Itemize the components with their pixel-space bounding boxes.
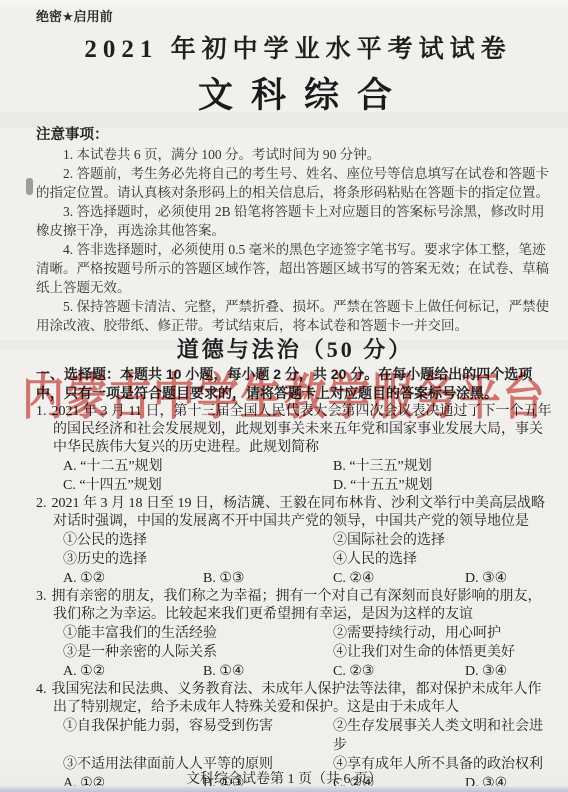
- question-1-text: 2021 年 3 月 11 日，第十三届全国人民代表大会第四次会议表决通过了下一…: [52, 404, 552, 455]
- sub-option-4-2: ②生存发展事关人类文明和社会进步: [333, 717, 554, 755]
- subject-title: 文科综合: [36, 76, 554, 116]
- sub-option-4-1: ①自我保护能力弱，容易受到伤害: [63, 717, 333, 755]
- choice-1c: C. “十四五”规划: [63, 476, 333, 495]
- choice-3b: B. ①④: [203, 662, 333, 681]
- sub-option-2-2: ②国际社会的选择: [333, 531, 554, 550]
- question-3-text: 拥有亲密的朋友，我们称之为幸福；拥有一个对自己有深刻而良好影响的朋友，我们称之为…: [52, 589, 542, 622]
- question-2-text: 2021 年 3 月 18 日至 19 日，杨洁篪、王毅在同布林肯、沙利文举行中…: [52, 496, 546, 529]
- question-2: 2.2021 年 3 月 18 日至 19 日，杨洁篪、王毅在同布林肯、沙利文举…: [36, 495, 554, 588]
- exam-paper-page: 绝密★启用前 2021 年初中学业水平考试试卷 文科综合 注意事项： 1. 本试…: [0, 0, 568, 792]
- question-1-choices: A. “十二五”规划 B. “十三五”规划 C. “十四五”规划 D. “十五五…: [36, 457, 554, 495]
- sub-option-3-4: ④让我们对生命的体悟更美好: [333, 643, 554, 662]
- question-3-sub-options: ①能丰富我们的生活经验 ②需要持续行动，用心呵护 ③是一种亲密的人际关系 ④让我…: [36, 624, 554, 662]
- page-footer: 文科综合试卷第 1 页（共 6 页）: [0, 771, 568, 789]
- choice-3d: D. ③④: [465, 662, 554, 681]
- question-4-sub-options: ①自我保护能力弱，容易受到伤害 ②生存发展事关人类文明和社会进步 ③不适用法律面…: [36, 717, 554, 774]
- question-2-number: 2.: [36, 496, 47, 511]
- question-3-stem: 3.拥有亲密的朋友，我们称之为幸福；拥有一个对自己有深刻而良好影响的朋友，我们称…: [36, 588, 554, 624]
- question-3-choices: A. ①② B. ①④ C. ②③ D. ③④: [36, 662, 554, 681]
- choice-2d: D. ③④: [465, 569, 554, 588]
- question-2-sub-options: ①公民的选择 ②国际社会的选择 ③历史的选择 ④人民的选择: [36, 531, 554, 569]
- section-instruction: 一、选择题：本题共 10 小题，每小题 2 分，共 20 分。在每小题给出的四个…: [36, 365, 554, 403]
- question-3-number: 3.: [36, 589, 47, 604]
- question-2-choices: A. ①② B. ①③ C. ②④ D. ③④: [36, 569, 554, 588]
- notice-item-4: 4. 答非选择题时，必须使用 0.5 毫米的黑色字迹签字笔书写。要求字体工整，笔…: [36, 240, 554, 297]
- sub-option-2-4: ④人民的选择: [333, 550, 554, 569]
- question-1-stem: 1.2021 年 3 月 11 日，第十三届全国人民代表大会第四次会议表决通过了…: [36, 403, 554, 457]
- sub-option-3-1: ①能丰富我们的生活经验: [63, 624, 333, 643]
- sub-option-3-3: ③是一种亲密的人际关系: [63, 643, 333, 662]
- question-4-number: 4.: [36, 682, 47, 697]
- notice-item-2: 2. 答题前，考生务必先将自己的考生号、姓名、座位号等信息填写在试卷和答题卡的指…: [36, 164, 554, 202]
- classified-label: 绝密★启用前: [36, 8, 554, 26]
- question-1: 1.2021 年 3 月 11 日，第十三届全国人民代表大会第四次会议表决通过了…: [36, 403, 554, 495]
- choice-2b: B. ①③: [203, 569, 333, 588]
- question-1-number: 1.: [36, 404, 47, 419]
- choice-2a: A. ①②: [63, 569, 203, 588]
- sub-option-3-2: ②需要持续行动，用心呵护: [333, 624, 554, 643]
- choice-1d: D. “十五五”规划: [333, 476, 554, 495]
- notice-section: 注意事项： 1. 本试卷共 6 页，满分 100 分。考试时间为 90 分钟。 …: [36, 126, 554, 335]
- question-4-stem: 4.我国宪法和民法典、义务教育法、未成年人保护法等法律，都对保护未成年人作出了特…: [36, 681, 554, 717]
- choice-3a: A. ①②: [63, 662, 203, 681]
- notice-item-3: 3. 答选择题时，必须使用 2B 铅笔将答题卡上对应题目的答案标号涂黑，修改时用…: [36, 202, 554, 240]
- question-3: 3.拥有亲密的朋友，我们称之为幸福；拥有一个对自己有深刻而良好影响的朋友，我们称…: [36, 588, 554, 681]
- notice-item-5: 5. 保持答题卡清洁、完整，严禁折叠、损坏。严禁在答题卡上做任何标记，严禁使用涂…: [36, 297, 554, 335]
- question-2-stem: 2.2021 年 3 月 18 日至 19 日，杨洁篪、王毅在同布林肯、沙利文举…: [36, 495, 554, 531]
- choice-3c: C. ②③: [333, 662, 465, 681]
- notice-heading: 注意事项：: [36, 126, 554, 145]
- exam-title: 2021 年初中学业水平考试试卷: [36, 34, 554, 66]
- choice-2c: C. ②④: [333, 569, 465, 588]
- sub-option-2-1: ①公民的选择: [63, 531, 333, 550]
- section-title: 道德与法治（50 分）: [36, 337, 554, 363]
- choice-1a: A. “十二五”规划: [63, 457, 333, 476]
- question-4-text: 我国宪法和民法典、义务教育法、未成年人保护法等法律，都对保护未成年人作出了特别规…: [52, 682, 542, 715]
- choice-1b: B. “十三五”规划: [333, 457, 554, 476]
- sub-option-2-3: ③历史的选择: [63, 550, 333, 569]
- notice-item-1: 1. 本试卷共 6 页，满分 100 分。考试时间为 90 分钟。: [36, 145, 554, 164]
